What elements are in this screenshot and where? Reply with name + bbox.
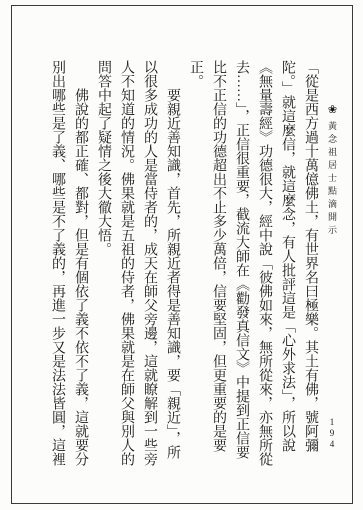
text-column: 「從是西方過十萬億佛土，有世界名曰極樂。其土有佛，號阿彌 [299,60,322,470]
text-column: 陀。」就這麼信，就這麼念，有人批評這是「心外求法」，所以說 [276,60,299,470]
text-column: 人不知道的情況。佛果就是五祖的侍者，佛果就是在師父與別人的 [115,60,138,470]
book-page: ❀黃念祖居士點滴開示 194 「從是西方過十萬億佛土，有世界名曰極樂。其土有佛，… [0,0,363,510]
text-column: 正。 [184,60,207,470]
text-column: 要親近善知識，首先，所親近者得是善知識，要「親近」，所 [161,60,184,470]
running-header-title: 黃念祖居士點滴開示 [327,121,337,238]
text-column: 以很多成功的人是當侍者的，成天在師父旁邊，這就瞭解到一些旁 [138,60,161,470]
running-header: ❀黃念祖居士點滴開示 [326,103,339,238]
text-column: 去……」，正信很重要，截流大師在《勸發真信文》中提到正信要 [230,60,253,470]
flower-ornament-icon: ❀ [326,103,339,116]
text-column: 佛說的都正確、都對，但是有個依了義不依不了義，這就要分 [69,60,92,470]
main-text-block: 「從是西方過十萬億佛土，有世界名曰極樂。其土有佛，號阿彌 陀。」就這麼信，就這麼… [46,60,322,470]
text-column: 別出哪些是了義、哪些是不了義的，再進一步又是法法皆圓，這裡 [46,60,69,470]
text-column: 問答中起了疑情之後大徹大悟。 [92,60,115,470]
text-column: 《無量壽經》功德很大，經中說「彼佛如來，無所從來，亦無所從 [253,60,276,470]
text-column: 比不正信的功德超出不止多少萬倍，信要堅固，但更重要的是要 [207,60,230,470]
page-number: 194 [327,417,337,450]
